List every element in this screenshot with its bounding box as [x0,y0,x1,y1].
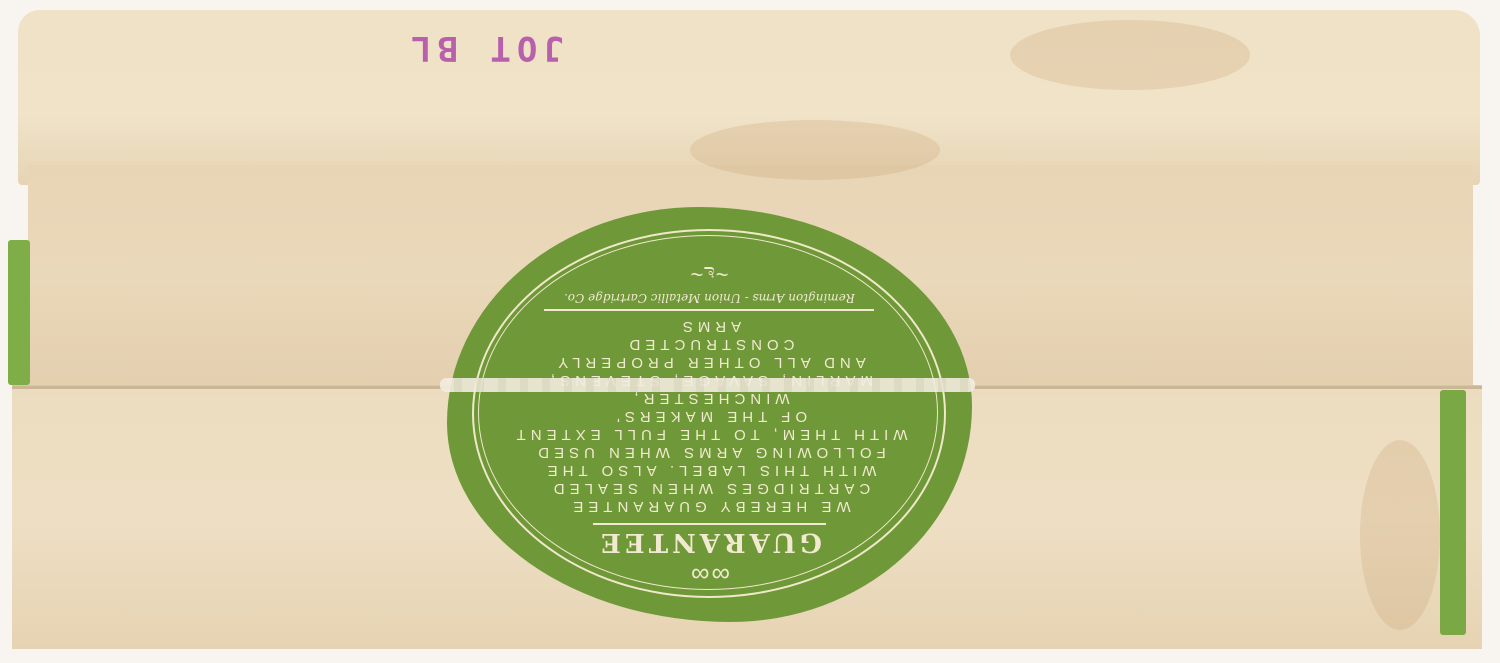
seal-line: FOLLOWING ARMS WHEN USED [512,443,908,461]
seal-line: OF THE MAKERS' [512,407,908,425]
seal-line: CONSTRUCTED [512,335,908,353]
flourish-icon: ~೬~ [691,261,729,287]
stain [1360,440,1440,630]
seal-text-block: ∞∞ GUARANTEE WE HEREBY GUARANTEE CARTRID… [447,207,972,622]
green-edge-right [1440,390,1466,635]
seal-line: AND ALL OTHER PROPERLY [512,353,908,371]
torn-seal-edge [440,378,975,392]
seal-line: CARTRIDGES WHEN SEALED [512,479,908,497]
green-edge-left [8,240,30,385]
seal-line: ARMS [512,317,908,335]
guarantee-seal: ∞∞ GUARANTEE WE HEREBY GUARANTEE CARTRID… [447,207,972,622]
seal-title: GUARANTEE [593,523,826,557]
ink-stamp: JOT BL [405,28,564,68]
seal-line: WITH THIS LABEL. ALSO THE [512,461,908,479]
stain [1010,20,1250,90]
flourish-icon: ∞∞ [689,559,730,590]
seal-divider [545,309,875,311]
seal-body: WE HEREBY GUARANTEE CARTRIDGES WHEN SEAL… [512,317,908,515]
seal-line: WITH THEM, TO THE FULL EXTENT [512,425,908,443]
seal-signature: Remington Arms - Union Metallic Cartridg… [564,291,855,305]
seal-line: WE HEREBY GUARANTEE [512,497,908,515]
stain [690,120,940,180]
